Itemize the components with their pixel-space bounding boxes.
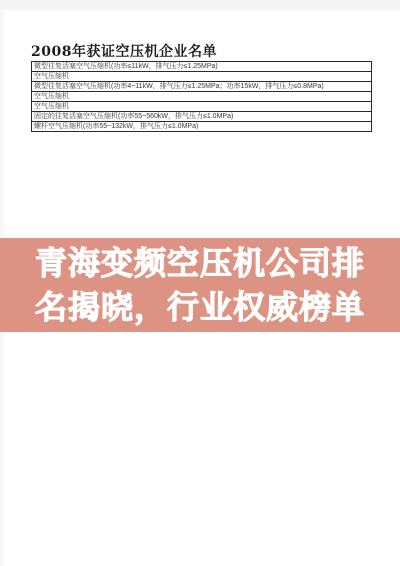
table-row: 空气压缩机 <box>32 92 372 102</box>
top-margin-strip <box>0 0 400 10</box>
headline-line-2: 名揭晓，行业权威榜单 <box>35 285 365 329</box>
table-row: 螺杆空气压缩机(功率55~132kW，排气压力≤1.0MPa) <box>32 122 372 132</box>
table-cell: 微型往复活塞空气压缩机(功率4~11kW，排气压力≤1.25MPa；功率15kW… <box>32 82 372 92</box>
table-cell: 空气压缩机 <box>32 102 372 112</box>
table-cell: 空气压缩机 <box>32 72 372 82</box>
table-row: 空气压缩机 <box>32 72 372 82</box>
table-row: 空气压缩机 <box>32 102 372 112</box>
headline-banner: 青海变频空压机公司排 名揭晓，行业权威榜单 <box>0 238 400 332</box>
headline-line-1: 青海变频空压机公司排 <box>35 241 365 285</box>
table-row: 微型往复活塞空气压缩机(功率≤11kW，排气压力≤1.25MPa) <box>32 62 372 72</box>
table-cell: 空气压缩机 <box>32 92 372 102</box>
table-cell: 微型往复活塞空气压缩机(功率≤11kW，排气压力≤1.25MPa) <box>32 62 372 72</box>
table-row: 微型往复活塞空气压缩机(功率4~11kW，排气压力≤1.25MPa；功率15kW… <box>32 82 372 92</box>
table-cell: 固定的往复活塞空气压缩机(功率55~560kW，排气压力≤1.0MPa) <box>32 112 372 122</box>
certified-companies-table-title: 2008年获证空压机企业名单 <box>31 41 217 61</box>
table-row: 固定的往复活塞空气压缩机(功率55~560kW，排气压力≤1.0MPa) <box>32 112 372 122</box>
table-cell: 螺杆空气压缩机(功率55~132kW，排气压力≤1.0MPa) <box>32 122 372 132</box>
certified-compressor-table: 微型往复活塞空气压缩机(功率≤11kW，排气压力≤1.25MPa) 空气压缩机 … <box>31 61 372 132</box>
article-page: 2008年获证空压机企业名单 微型往复活塞空气压缩机(功率≤11kW，排气压力≤… <box>0 0 400 566</box>
